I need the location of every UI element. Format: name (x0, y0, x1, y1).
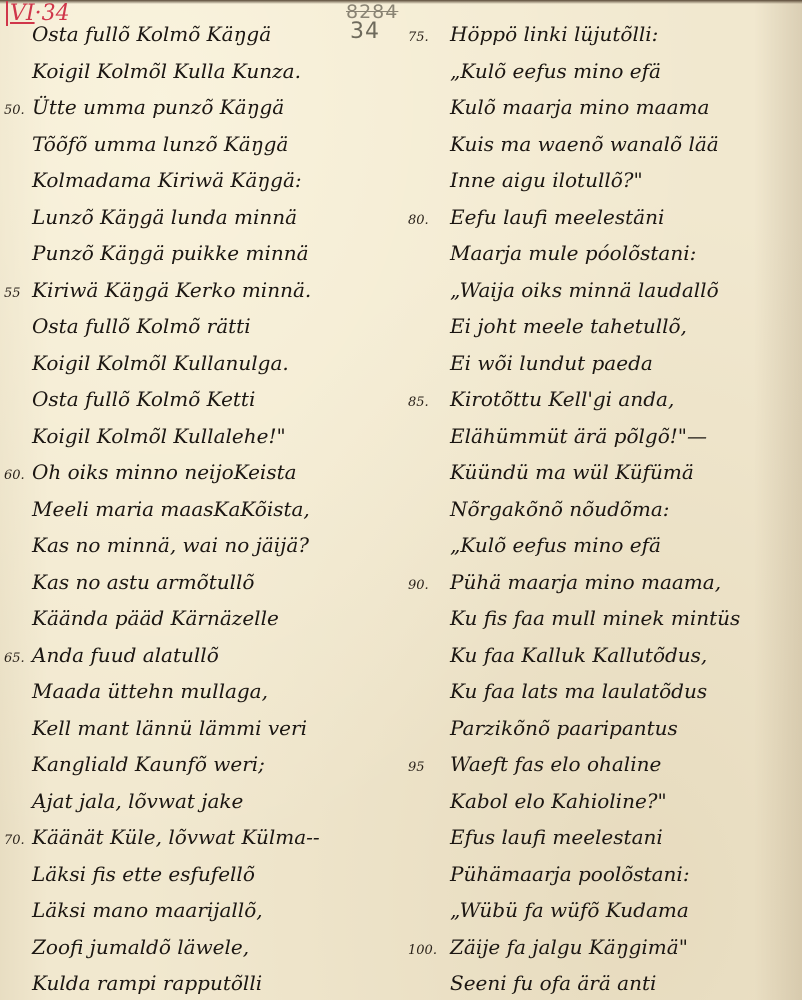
verse-line: 60.Oh oiks minno neijoKeista (0, 454, 420, 491)
line-number: 75. (408, 20, 429, 56)
verse-text: Osta fullõ Kolmõ Käŋgä (32, 16, 271, 52)
verse-text: Ütte umma punzõ Käŋgä (32, 89, 284, 125)
verse-line: 95Waeft fas elo ohaline (410, 746, 802, 783)
verse-line: Osta fullõ Kolmõ Käŋgä (0, 16, 420, 53)
verse-text: Höppö linki lüjutõlli: (450, 16, 658, 52)
verse-text: Käänät Küle, lõvwat Külma-- (32, 819, 320, 855)
line-number: 55 (4, 276, 21, 312)
verse-text: Efus laufi meelestani (450, 819, 663, 855)
verse-text: Kiriwä Käŋgä Kerko minnä. (32, 272, 311, 308)
verse-line: Meeli maria maasKaKõista, (0, 491, 420, 528)
verse-text: Punzõ Käŋgä puikke minnä (32, 235, 309, 271)
verse-line: „Kulõ eefus mino efä (410, 527, 802, 564)
verse-line: Küündü ma wül Küfümä (410, 454, 802, 491)
verse-text: Eefu laufi meelestäni (450, 199, 664, 235)
verse-text: Seeni fu ofa ärä anti (450, 965, 656, 1000)
verse-text: Koigil Kolmõl Kullanulga. (32, 345, 289, 381)
verse-line: Ku fis faa mull minek mintüs (410, 600, 802, 637)
right-column: 75.Höppö linki lüjutõlli:„Kulõ eefus min… (410, 16, 802, 1000)
verse-line: Osta fullõ Kolmõ Ketti (0, 381, 420, 418)
verse-text: Ku faa lats ma laulatõdus (450, 673, 707, 709)
verse-line: Lunzõ Käŋgä lunda minnä (0, 199, 420, 236)
verse-line: Kulda rampi rapputõlli (0, 965, 420, 1000)
verse-line: Elähümmüt ärä põlgõ!"— (410, 418, 802, 455)
line-number: 65. (4, 641, 25, 677)
page-top-edge (0, 0, 802, 4)
verse-line: 70.Käänät Küle, lõvwat Külma-- (0, 819, 420, 856)
verse-line: Läksi fis ette esfufellõ (0, 856, 420, 893)
verse-line: Kuis ma waenõ wanalõ lää (410, 126, 802, 163)
line-number: 60. (4, 458, 25, 494)
verse-line: Nõrgakõnõ nõudõma: (410, 491, 802, 528)
verse-line: 85.Kirotõttu Kell'gi anda, (410, 381, 802, 418)
verse-line: 100.Zäije fa jalgu Käŋgimä" (410, 929, 802, 966)
verse-line: 55Kiriwä Käŋgä Kerko minnä. (0, 272, 420, 309)
verse-text: Käända pääd Kärnäzelle (32, 600, 279, 636)
verse-line: 90.Pühä maarja mino maama, (410, 564, 802, 601)
verse-text: Koigil Kolmõl Kulla Kunza. (32, 53, 301, 89)
verse-line: Maada üttehn mullaga, (0, 673, 420, 710)
verse-line: Seeni fu ofa ärä anti (410, 965, 802, 1000)
line-number: 100. (408, 933, 437, 969)
verse-line: Ei joht meele tahetullõ, (410, 308, 802, 345)
verse-line: Maarja mule póolõstani: (410, 235, 802, 272)
verse-line: 50.Ütte umma punzõ Käŋgä (0, 89, 420, 126)
verse-line: Zoofi jumaldõ läwele, (0, 929, 420, 966)
verse-text: Pühämaarja poolõstani: (450, 856, 690, 892)
verse-text: Kabol elo Kahioline?" (450, 783, 667, 819)
verse-text: Maarja mule póolõstani: (450, 235, 696, 271)
verse-text: Ajat jala, lõvwat jake (32, 783, 243, 819)
verse-text: Nõrgakõnõ nõudõma: (450, 491, 670, 527)
verse-line: Läksi mano maarijallõ, (0, 892, 420, 929)
verse-line: Ku faa Kalluk Kallutõdus, (410, 637, 802, 674)
verse-text: Osta fullõ Kolmõ Ketti (32, 381, 255, 417)
verse-line: Käända pääd Kärnäzelle (0, 600, 420, 637)
line-number: 50. (4, 93, 25, 129)
verse-line: Kas no minnä, wai no jäijä? (0, 527, 420, 564)
verse-line: Kell mant lännü lämmi veri (0, 710, 420, 747)
verse-text: Koigil Kolmõl Kullalehe!" (32, 418, 286, 454)
verse-line: Parzikõnõ paaripantus (410, 710, 802, 747)
verse-line: Tõõfõ umma lunzõ Käŋgä (0, 126, 420, 163)
verse-line: „Wübü fa wüfõ Kudama (410, 892, 802, 929)
verse-text: Zoofi jumaldõ läwele, (32, 929, 249, 965)
verse-line: Kolmadama Kiriwä Käŋgä: (0, 162, 420, 199)
verse-line: Osta fullõ Kolmõ rätti (0, 308, 420, 345)
verse-text: „Waija oiks minnä laudallõ (450, 272, 719, 308)
line-number: 70. (4, 823, 25, 859)
verse-line: Ajat jala, lõvwat jake (0, 783, 420, 820)
verse-text: „Wübü fa wüfõ Kudama (450, 892, 689, 928)
verse-text: Maada üttehn mullaga, (32, 673, 268, 709)
verse-line: Inne aigu ilotullõ?" (410, 162, 802, 199)
verse-line: Ei wõi lundut paeda (410, 345, 802, 382)
verse-line: Ku faa lats ma laulatõdus (410, 673, 802, 710)
left-column: Osta fullõ Kolmõ KäŋgäKoigil Kolmõl Kull… (0, 16, 420, 1000)
verse-line: „Waija oiks minnä laudallõ (410, 272, 802, 309)
verse-text: Ku faa Kalluk Kallutõdus, (450, 637, 707, 673)
verse-text: „Kulõ eefus mino efä (450, 527, 661, 563)
verse-text: „Kulõ eefus mino efä (450, 53, 661, 89)
verse-text: Inne aigu ilotullõ?" (450, 162, 643, 198)
verse-text: Anda fuud alatullõ (32, 637, 219, 673)
line-number: 85. (408, 385, 429, 421)
verse-text: Meeli maria maasKaKõista, (32, 491, 310, 527)
verse-text: Elähümmüt ärä põlgõ!"— (450, 418, 707, 454)
verse-text: Kirotõttu Kell'gi anda, (450, 381, 674, 417)
verse-text: Parzikõnõ paaripantus (450, 710, 678, 746)
verse-text: Läksi fis ette esfufellõ (32, 856, 255, 892)
verse-line: Koigil Kolmõl Kullanulga. (0, 345, 420, 382)
verse-line: 80.Eefu laufi meelestäni (410, 199, 802, 236)
verse-text: Ei wõi lundut paeda (450, 345, 653, 381)
verse-text: Kuis ma waenõ wanalõ lää (450, 126, 719, 162)
verse-line: Kabol elo Kahioline?" (410, 783, 802, 820)
verse-text: Kangliald Kaunfõ weri; (32, 746, 265, 782)
verse-text: Ei joht meele tahetullõ, (450, 308, 687, 344)
verse-line: Kas no astu armõtullõ (0, 564, 420, 601)
verse-text: Kas no astu armõtullõ (32, 564, 254, 600)
verse-text: Waeft fas elo ohaline (450, 746, 661, 782)
verse-text: Kolmadama Kiriwä Käŋgä: (32, 162, 302, 198)
verse-line: „Kulõ eefus mino efä (410, 53, 802, 90)
verse-line: 75.Höppö linki lüjutõlli: (410, 16, 802, 53)
verse-line: Koigil Kolmõl Kulla Kunza. (0, 53, 420, 90)
verse-line: Efus laufi meelestani (410, 819, 802, 856)
verse-line: Punzõ Käŋgä puikke minnä (0, 235, 420, 272)
verse-text: Läksi mano maarijallõ, (32, 892, 263, 928)
verse-text: Osta fullõ Kolmõ rätti (32, 308, 251, 344)
verse-text: Oh oiks minno neijoKeista (32, 454, 297, 490)
line-number: 90. (408, 568, 429, 604)
verse-line: Kangliald Kaunfõ weri; (0, 746, 420, 783)
verse-line: Pühämaarja poolõstani: (410, 856, 802, 893)
verse-line: Koigil Kolmõl Kullalehe!" (0, 418, 420, 455)
line-number: 95 (408, 750, 425, 786)
verse-line: Kulõ maarja mino maama (410, 89, 802, 126)
verse-text: Kas no minnä, wai no jäijä? (32, 527, 309, 563)
verse-text: Kulda rampi rapputõlli (32, 965, 262, 1000)
verse-text: Ku fis faa mull minek mintüs (450, 600, 740, 636)
verse-text: Küündü ma wül Küfümä (450, 454, 694, 490)
verse-text: Kell mant lännü lämmi veri (32, 710, 307, 746)
verse-text: Lunzõ Käŋgä lunda minnä (32, 199, 297, 235)
line-number: 80. (408, 203, 429, 239)
verse-text: Pühä maarja mino maama, (450, 564, 721, 600)
verse-text: Tõõfõ umma lunzõ Käŋgä (32, 126, 288, 162)
verse-text: Zäije fa jalgu Käŋgimä" (450, 929, 688, 965)
verse-text: Kulõ maarja mino maama (450, 89, 709, 125)
verse-line: 65.Anda fuud alatullõ (0, 637, 420, 674)
